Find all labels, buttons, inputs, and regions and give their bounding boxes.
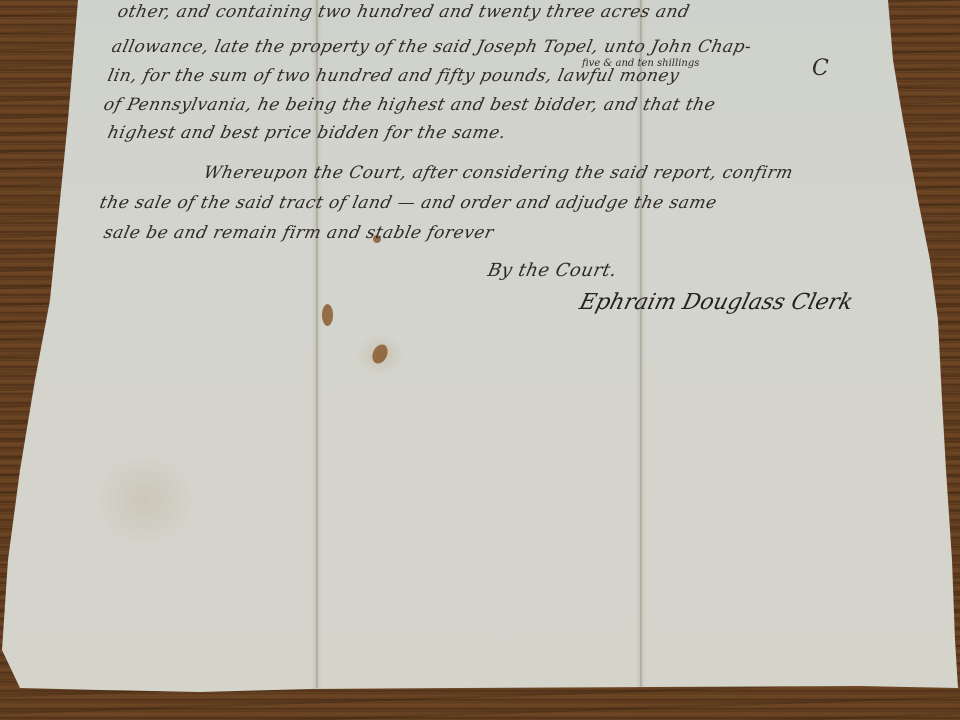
body-line-3: lin, for the sum of two hundred and fift… [106, 66, 681, 86]
ink-stain [369, 342, 390, 366]
order-line-2: the sale of the said tract of land — and… [98, 193, 719, 213]
order-line-1: Whereupon the Court, after considering t… [202, 163, 795, 183]
attestation: By the Court. [486, 260, 619, 281]
margin-mark: C [812, 56, 829, 81]
clerk-signature: Ephraim Douglass Clerk [577, 290, 856, 315]
body-line-2: allowance, late the property of the said… [110, 37, 754, 57]
body-line-1: other, and containing two hundred and tw… [116, 2, 692, 22]
body-line-5: highest and best price bidden for the sa… [106, 123, 508, 143]
order-line-3: sale be and remain firm and stable forev… [102, 223, 496, 243]
ink-stain [322, 304, 333, 326]
body-line-4: of Pennsylvania, he being the highest an… [102, 95, 718, 115]
